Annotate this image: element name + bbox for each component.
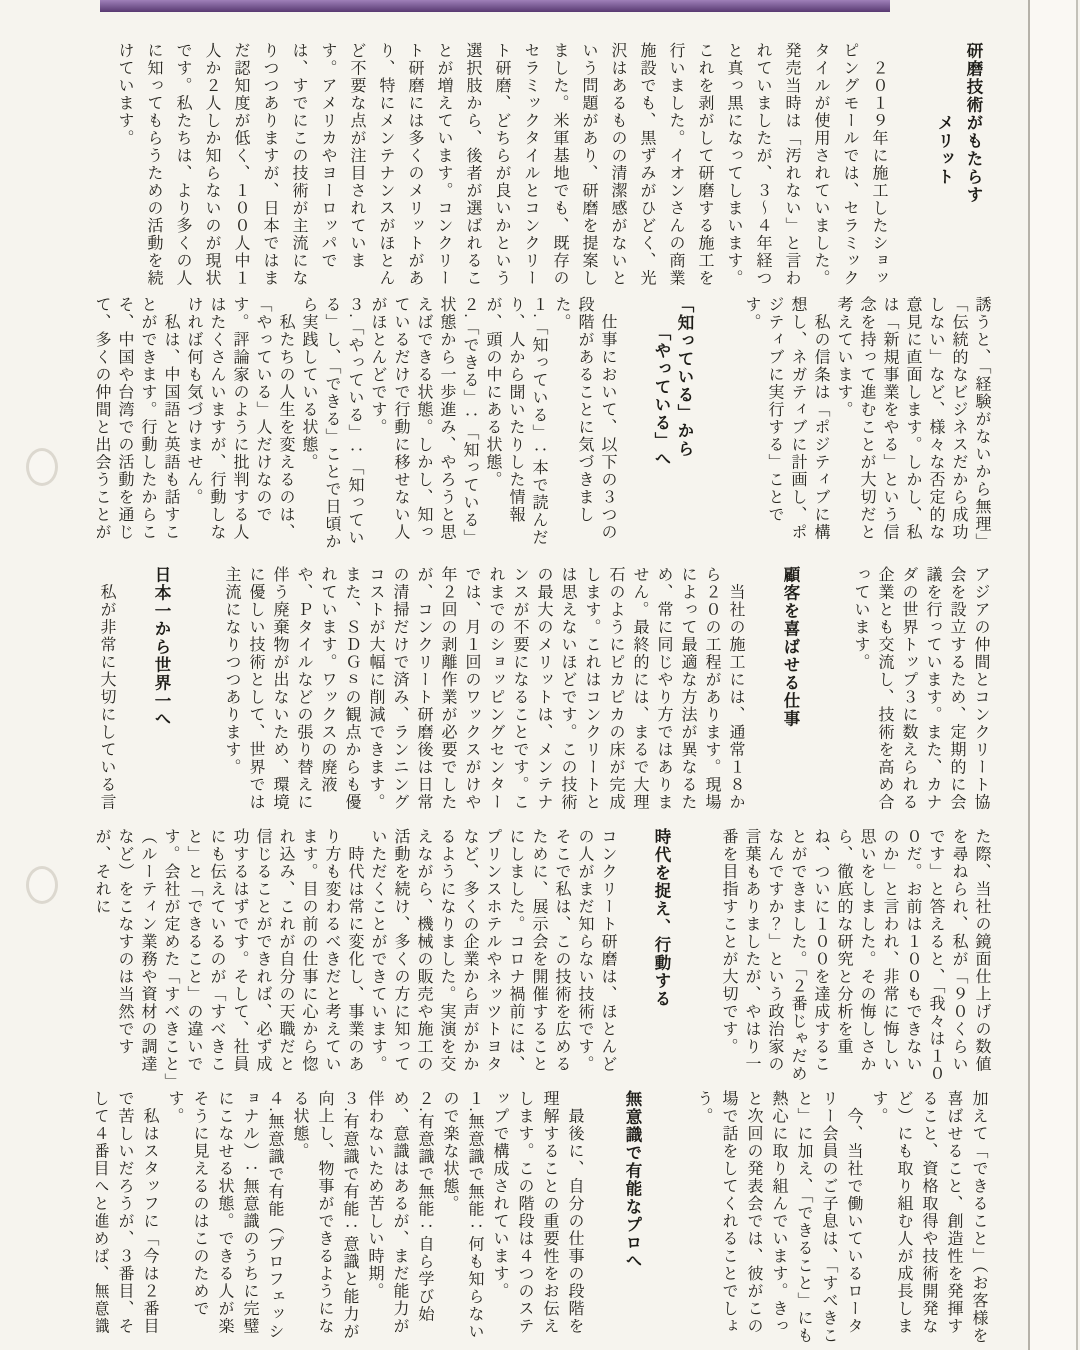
punch-hole-bottom <box>26 866 58 904</box>
top-accent-bar <box>100 0 890 12</box>
article-band-3: アジアの仲間とコンクリート協会を設立するため、定期的に会議を行っています。また、… <box>96 566 1016 820</box>
body-text-polishing-merits: ２０１９年に施工したショッピングモールでは、セラミックタイルが使用されていました… <box>110 42 893 290</box>
body-text-unconscious-competent-pro: 最後に、自分の仕事の段階を理解することの重要性をお伝えします。この階段は４つのス… <box>96 1090 587 1348</box>
article-band-5: 加えて「できること」（お客様を喜ばせること、創造性を発揮すること、資格取得や技術… <box>96 1090 1016 1348</box>
body-text-asia-association: アジアの仲間とコンクリート協会を設立するため、定期的に会議を行っています。また、… <box>848 566 992 820</box>
body-text-knowing-to-doing: 仕事において、以下の３つの段階があることに気づきました。 １.「知っている」：本… <box>96 296 619 558</box>
page-right-gutter <box>1030 0 1076 1350</box>
section-heading-knowing-to-doing: 「知っている」から 「やっている」へ <box>649 296 695 558</box>
body-text-seize-the-times: コンクリート研磨は、ほとんどの人がまだ知らない技術です。そこで私は、この技術を広… <box>96 828 619 1084</box>
body-text-mirror-finish-score: た際、当社の鏡面仕上げの数値を尋ねられ、私が「９０くらいです」と答えると、「我々… <box>717 828 993 1084</box>
section-heading-japan-to-world: 日本一から世界一へ <box>149 566 173 820</box>
article-band-1: 研磨技術がもたらす メリット ２０１９年に施工したショッピングモールでは、セラミ… <box>96 42 1016 290</box>
body-text-japan-to-world: 私が非常に大切にしている言葉があります。「日本で一番の企業から、世界で一番の企業… <box>96 566 118 820</box>
section-heading-delighting-customers: 顧客を喜ばせる仕事 <box>778 566 802 820</box>
article-band-4: た際、当社の鏡面仕上げの数値を尋ねられ、私が「９０くらいです」と答えると、「我々… <box>96 828 1016 1084</box>
body-text-dekirukoto-continued: 加えて「できること」（お客様を喜ばせること、創造性を発揮すること、資格取得や技術… <box>691 1090 991 1348</box>
section-heading-polishing-merits: 研磨技術がもたらす メリット <box>929 42 987 290</box>
section-heading-seize-the-times: 時代を捉え、行動する <box>649 828 672 1084</box>
section-heading-unconscious-competent-pro: 無意識で有能なプロへ <box>619 1090 644 1348</box>
page-edge-line <box>1028 0 1030 1350</box>
scan-edge-line <box>1076 0 1078 1350</box>
punch-hole-top <box>26 448 58 486</box>
body-text-new-business-continued: 誘うと、「経験がないから無理」「伝統的なビジネスだから成功しない」など、様々な否… <box>740 296 993 558</box>
magazine-page: 研磨技術がもたらす メリット ２０１９年に施工したショッピングモールでは、セラミ… <box>0 0 1080 1350</box>
article-content: 研磨技術がもたらす メリット ２０１９年に施工したショッピングモールでは、セラミ… <box>96 42 1016 1348</box>
body-text-delighting-customers: 当社の施工には、通常１８から２０の工程があります。現場によって最適な方法が異なる… <box>219 566 747 820</box>
article-band-2: 誘うと、「経験がないから無理」「伝統的なビジネスだから成功しない」など、様々な否… <box>96 296 1016 558</box>
